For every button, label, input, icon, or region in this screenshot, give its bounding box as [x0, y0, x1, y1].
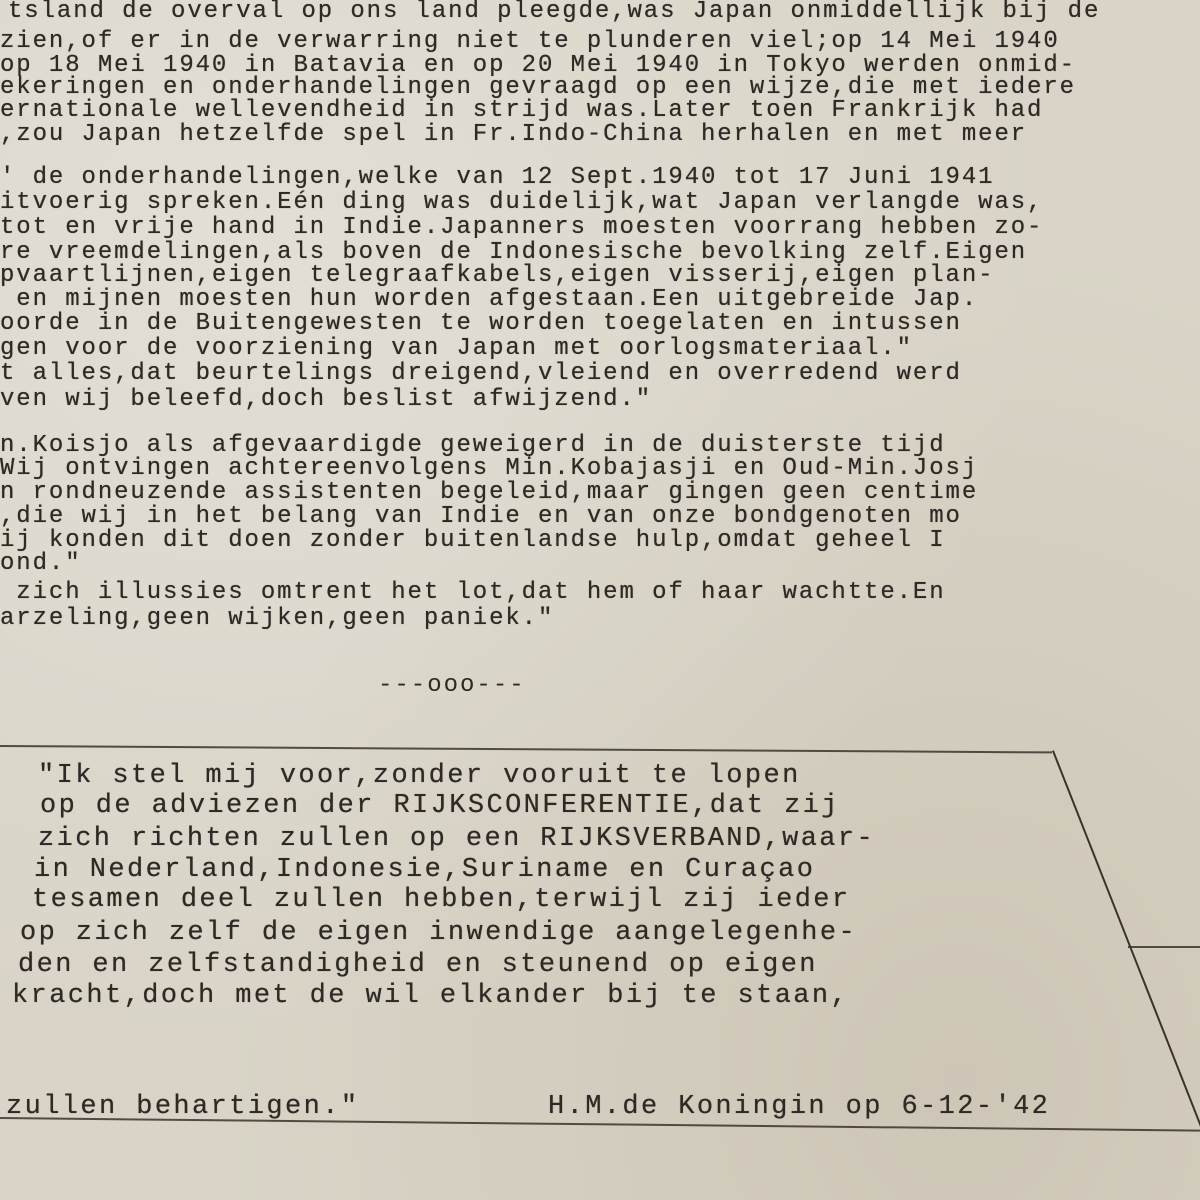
text-line: ven wij beleefd,doch beslist afwijzend." [0, 388, 652, 412]
section-separator: ---ooo--- [378, 672, 526, 699]
text-line: n rondneuzende assistenten begeleid,maar… [0, 481, 978, 505]
text-line: oorde in de Buitengewesten te worden toe… [0, 312, 962, 336]
quote-line: zullen behartigen." [6, 1094, 359, 1121]
text-line: ,zou Japan hetzelfde spel in Fr.Indo-Chi… [0, 123, 1027, 147]
text-line: itvoerig spreken.Eén ding was duidelijk,… [0, 191, 1043, 215]
text-line: ' de onderhandelingen,welke van 12 Sept.… [0, 166, 994, 190]
text-line: ,die wij in het belang van Indie en van … [0, 505, 962, 529]
box-right-diagonal-rule [1052, 750, 1200, 1134]
text-line: arzeling,geen wijken,geen paniek." [0, 607, 554, 631]
quote-line: in Nederland,Indonesie,Suriname en Curaç… [34, 857, 815, 884]
text-line: pvaartlijnen,eigen telegraafkabels,eigen… [0, 264, 994, 288]
text-line: ond." [0, 552, 82, 576]
quote-line: zich richten zullen op een RIJKSVERBAND,… [38, 826, 875, 853]
text-line: en mijnen moesten hun worden afgestaan.E… [0, 288, 978, 312]
text-line: t alles,dat beurtelings dreigend,vleiend… [0, 362, 962, 386]
text-line: zich illussies omtrent het lot,dat hem o… [0, 581, 946, 605]
quote-line: tesamen deel zullen hebben,terwijl zij i… [32, 887, 851, 914]
text-line: Wij ontvingen achtereenvolgens Min.Kobaj… [0, 457, 978, 481]
text-line: ernationale wellevendheid in strijd was.… [0, 99, 1043, 123]
box-top-rule [0, 745, 1052, 753]
typewritten-page: tsland de overval op ons land pleegde,wa… [0, 0, 1200, 1200]
quote-line: "Ik stel mij voor,zonder vooruit te lope… [38, 763, 801, 790]
text-line: tot en vrije hand in Indie.Japanners moe… [0, 216, 1043, 240]
text-line: tsland de overval op ons land pleegde,wa… [8, 0, 1100, 24]
text-line: gen voor de voorziening van Japan met oo… [0, 337, 913, 361]
quote-line: kracht,doch met de wil elkander bij te s… [12, 983, 849, 1010]
quote-line: op zich zelf de eigen inwendige aangeleg… [20, 920, 857, 947]
quote-attribution: H.M.de Koningin op 6-12-'42 [548, 1094, 1050, 1121]
text-line: ij konden dit doen zonder buitenlandse h… [0, 529, 946, 553]
box-right-tick-rule [1128, 946, 1200, 948]
text-line: zien,of er in de verwarring niet te plun… [0, 30, 1060, 54]
quote-line: op de adviezen der RIJKSCONFERENTIE,dat … [40, 793, 840, 820]
quote-line: den en zelfstandigheid en steunend op ei… [18, 952, 818, 979]
